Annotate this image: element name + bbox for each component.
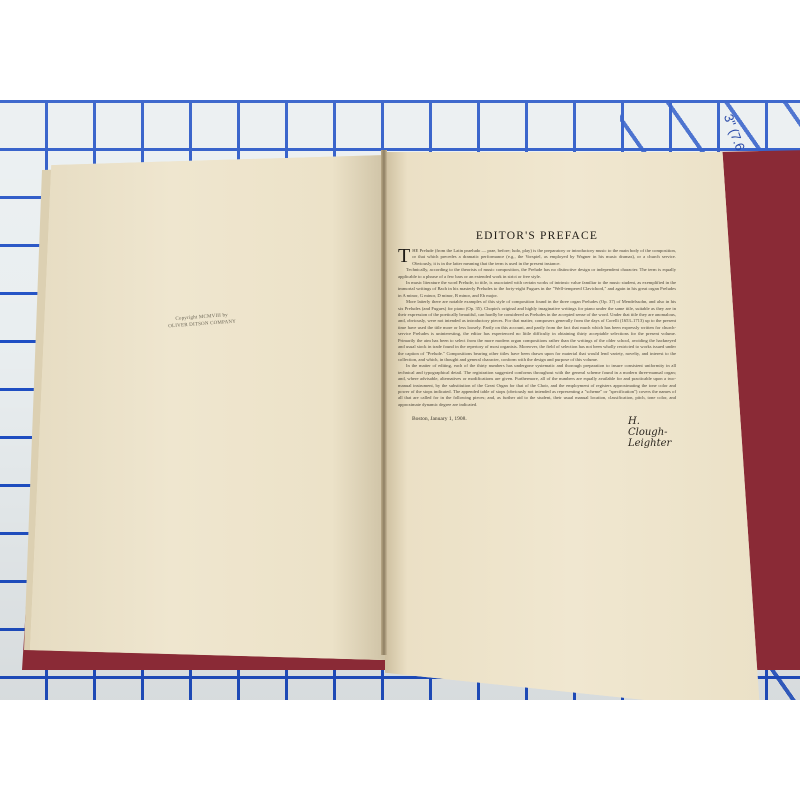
preface-paragraph-5: In the matter of editing, each of the th… <box>398 363 676 408</box>
paragraph-text: HE Prelude (from the Latin praeludo — pr… <box>412 248 676 266</box>
editor-signature: H. Clough-Leighter <box>628 416 676 449</box>
preface-paragraph-4: More latterly there are notable examples… <box>398 299 676 363</box>
book-gutter <box>381 150 387 655</box>
photo-scene: 3" (7.6 cm) Copyright MCMVIII by OLIVER … <box>0 100 800 700</box>
left-page <box>30 155 385 660</box>
editors-preface: EDITOR'S PREFACE T HE Prelude (from the … <box>398 230 676 436</box>
preface-heading: EDITOR'S PREFACE <box>398 230 676 242</box>
preface-paragraph-1: T HE Prelude (from the Latin praeludo — … <box>398 248 676 267</box>
preface-paragraph-3: In music literature the word Prelude, to… <box>398 280 676 299</box>
preface-paragraph-2: Technically, according to the theorists … <box>398 267 676 280</box>
signature-block: Boston, January 1, 1908. H. Clough-Leigh… <box>398 416 676 436</box>
drop-cap: T <box>398 248 410 265</box>
